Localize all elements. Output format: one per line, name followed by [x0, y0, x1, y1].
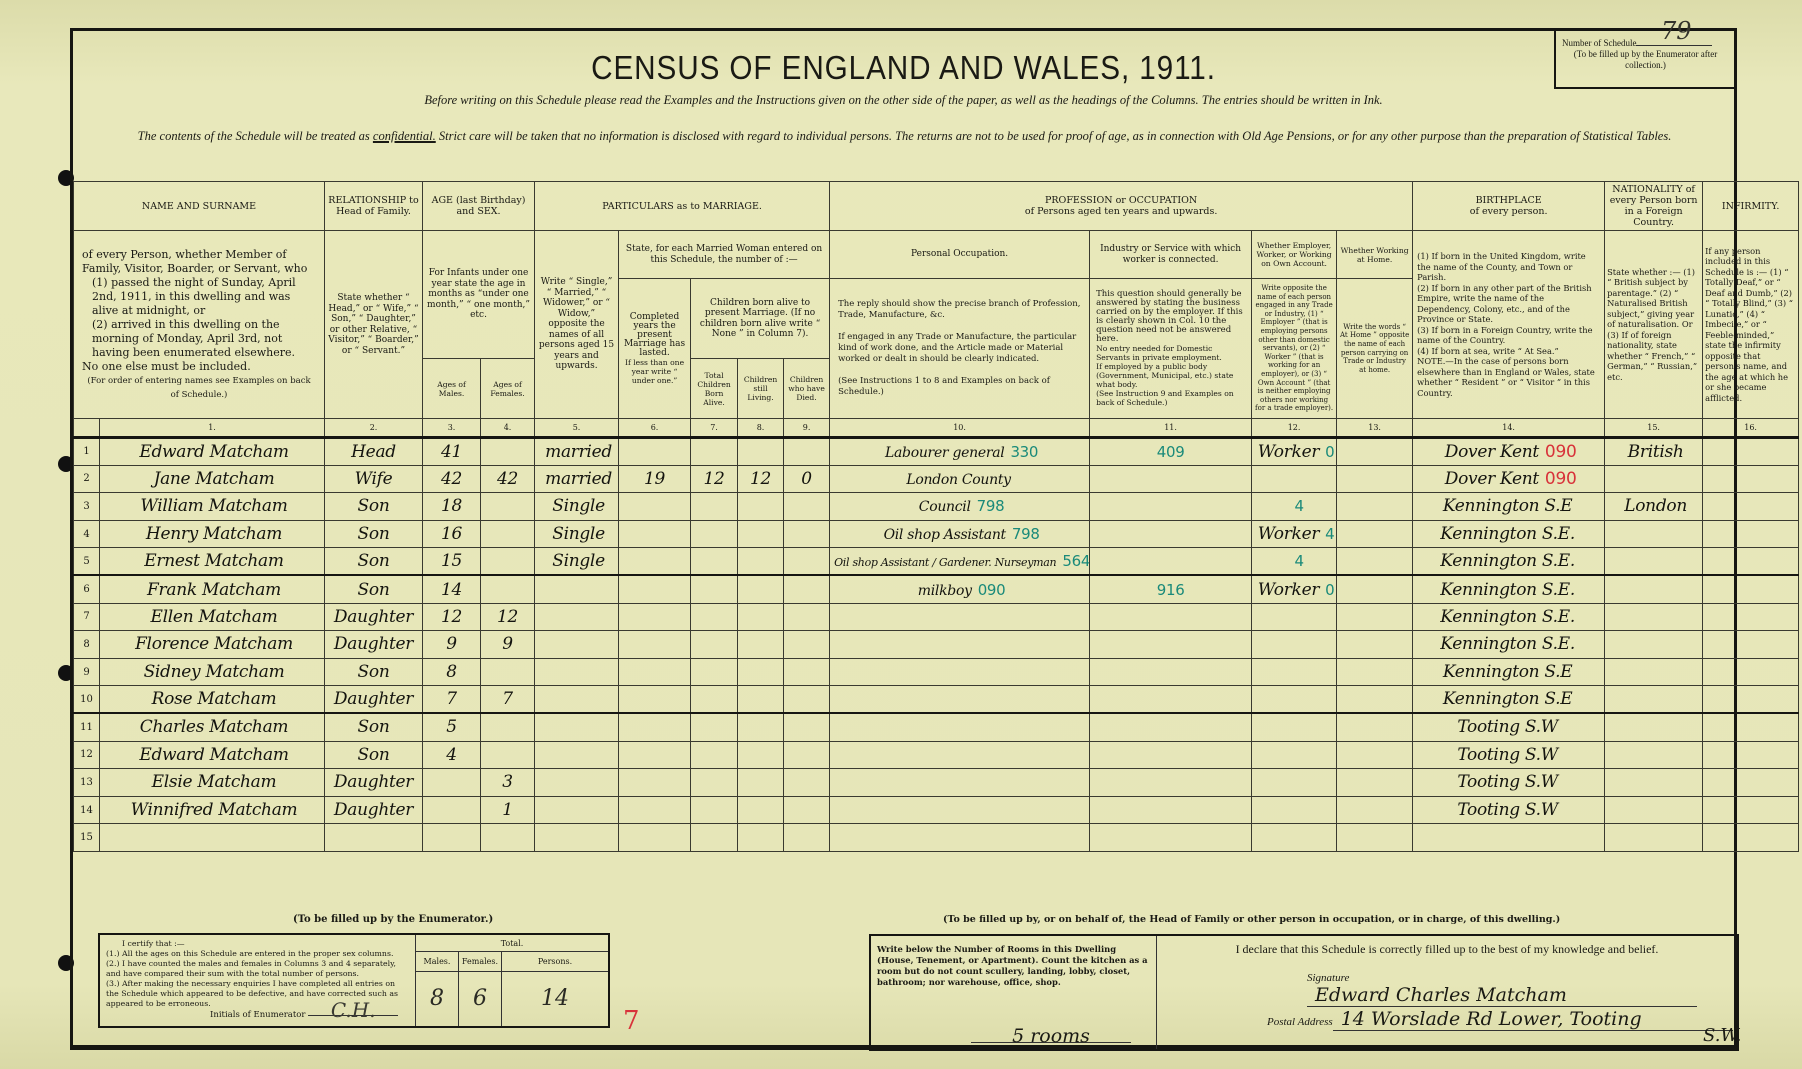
col-relationship-header: RELATIONSHIP to Head of Family. [325, 182, 423, 231]
marital-status [535, 741, 619, 769]
relationship [325, 824, 423, 852]
column-numbers: 1.2. 3.4. 5.6. 7.8. 9.10. 11.12. 13.14. … [74, 419, 1799, 438]
enumerator-certification: I certify that :— (1.) All the ages on t… [100, 935, 416, 1026]
relationship: Son [325, 741, 423, 769]
birthplace: Kennington S.E. [1413, 631, 1605, 659]
table-row: 13Elsie MatchamDaughter3Tooting S.W [74, 769, 1799, 797]
age-female: 7 [481, 686, 535, 714]
children-living [738, 520, 784, 548]
person-name [100, 824, 325, 852]
age-female [481, 713, 535, 741]
row-number: 13 [74, 769, 100, 797]
age-female: 3 [481, 769, 535, 797]
occupation [830, 796, 1090, 824]
table-row: 9Sidney MatchamSon8Kennington S.E [74, 658, 1799, 686]
relationship: Daughter [325, 796, 423, 824]
person-name: Charles Matcham [100, 713, 325, 741]
working-at-home [1337, 465, 1413, 493]
children-living [738, 658, 784, 686]
children-living [738, 713, 784, 741]
children-born [691, 658, 738, 686]
nationality-instructions: State whether :— (1) “ British subject b… [1605, 231, 1703, 419]
confidentiality-notice: The contents of the Schedule will be tre… [95, 126, 1714, 146]
age-male: 12 [423, 603, 481, 631]
row-number: 5 [74, 548, 100, 576]
marital-status [535, 796, 619, 824]
working-at-home [1337, 769, 1413, 797]
children-born [691, 824, 738, 852]
employment-status-code: 0 [1325, 443, 1334, 461]
signature: Edward Charles Matcham [1307, 984, 1697, 1007]
occupation-code: 564 [1062, 552, 1089, 570]
household-table: NAME AND SURNAME RELATIONSHIP to Head of… [73, 181, 1799, 852]
enumerator-totals: Total. Males. Females. Persons. 8 6 14 [416, 935, 608, 1026]
infirmity-instructions: If any person included in this Schedule … [1703, 231, 1799, 419]
children-instructions: Children born alive to present Marriage.… [691, 279, 830, 359]
industry [1090, 658, 1252, 686]
age-female: 1 [481, 796, 535, 824]
marital-status: Single [535, 548, 619, 576]
birthplace: Kennington S.E. [1413, 520, 1605, 548]
marital-status [535, 769, 619, 797]
children-living [738, 741, 784, 769]
person-name: Jane Matcham [100, 465, 325, 493]
col-nationality-header: NATIONALITY of every Person born in a Fo… [1605, 182, 1703, 231]
table-row: 3William MatchamSon18SingleCouncil7984Ke… [74, 493, 1799, 521]
children-living [738, 686, 784, 714]
home-header: Whether Working at Home. [1337, 231, 1413, 279]
industry [1090, 686, 1252, 714]
birthplace: Kennington S.E. [1413, 575, 1605, 603]
age-male [423, 796, 481, 824]
birthplace: Kennington S.E. [1413, 548, 1605, 576]
relationship: Son [325, 658, 423, 686]
census-schedule: CENSUS OF ENGLAND AND WALES, 1911. Befor… [70, 28, 1737, 1050]
relationship: Son [325, 493, 423, 521]
age-male: 8 [423, 658, 481, 686]
children-living [738, 796, 784, 824]
occupation [830, 603, 1090, 631]
employer-header: Whether Employer, Worker, or Working on … [1252, 231, 1337, 279]
children-born [691, 493, 738, 521]
age-female: 12 [481, 603, 535, 631]
marital-status [535, 713, 619, 741]
marital-status [535, 686, 619, 714]
birthplace: Kennington S.E [1413, 493, 1605, 521]
infirmity [1703, 631, 1799, 659]
table-row: 14Winnifred MatchamDaughter1Tooting S.W [74, 796, 1799, 824]
employment-status-code: 4 [1294, 497, 1303, 515]
age-female [481, 575, 535, 603]
nationality [1605, 631, 1703, 659]
birthplace: Tooting S.W [1413, 769, 1605, 797]
children-born [691, 686, 738, 714]
birthplace-instructions: (1) If born in the United Kingdom, write… [1413, 231, 1605, 419]
relationship: Daughter [325, 603, 423, 631]
age-male: 15 [423, 548, 481, 576]
occupation-code: 090 [978, 581, 1006, 599]
industry-instructions: This question should generally be answer… [1090, 279, 1252, 419]
person-name: Sidney Matcham [100, 658, 325, 686]
occupation: Labourer general330 [830, 438, 1090, 466]
employment-status [1252, 603, 1337, 631]
industry-header: Industry or Service with which worker is… [1090, 231, 1252, 279]
enumerator-box: I certify that :— (1.) All the ages on t… [98, 933, 610, 1028]
infirmity [1703, 741, 1799, 769]
occupation-code: 330 [1010, 443, 1038, 461]
birthplace: Kennington S.E [1413, 686, 1605, 714]
nationality [1605, 465, 1703, 493]
table-row: 5Ernest MatchamSon15SingleOil shop Assis… [74, 548, 1799, 576]
working-at-home [1337, 824, 1413, 852]
table-row: 1Edward MatchamHead41marriedLabourer gen… [74, 438, 1799, 466]
age-male: 7 [423, 686, 481, 714]
table-row: 10Rose MatchamDaughter77Kennington S.E [74, 686, 1799, 714]
children-living [738, 438, 784, 466]
employment-status: 4 [1252, 548, 1337, 576]
table-row: 6Frank MatchamSon14milkboy090916Worker0K… [74, 575, 1799, 603]
row-number: 9 [74, 658, 100, 686]
employment-status [1252, 465, 1337, 493]
children-died [784, 575, 830, 603]
row-number: 15 [74, 824, 100, 852]
person-name: Florence Matcham [100, 631, 325, 659]
marriage-years [619, 438, 691, 466]
row-number: 2 [74, 465, 100, 493]
total-born-header: Total Children Born Alive. [691, 359, 738, 419]
age-female [481, 493, 535, 521]
nationality [1605, 658, 1703, 686]
person-name: Ellen Matcham [100, 603, 325, 631]
table-row: 15 [74, 824, 1799, 852]
relationship: Head [325, 438, 423, 466]
marriage-years [619, 631, 691, 659]
row-number: 3 [74, 493, 100, 521]
person-name: Ernest Matcham [100, 548, 325, 576]
nationality: British [1605, 438, 1703, 466]
industry: 916 [1090, 575, 1252, 603]
relationship-instructions: State whether “ Head,” or “ Wife,” “ Son… [325, 231, 423, 419]
table-row: 8Florence MatchamDaughter99Kennington S.… [74, 631, 1799, 659]
person-name: William Matcham [100, 493, 325, 521]
birthplace: Kennington S.E [1413, 658, 1605, 686]
children-born [691, 548, 738, 576]
schedule-number: 79 [1661, 26, 1692, 37]
industry [1090, 769, 1252, 797]
children-born [691, 575, 738, 603]
birthplace: Tooting S.W [1413, 796, 1605, 824]
total-persons: 14 [502, 972, 608, 1026]
row-number: 7 [74, 603, 100, 631]
occupation-code: 798 [1012, 525, 1040, 543]
occupation: milkboy090 [830, 575, 1090, 603]
age-female [481, 520, 535, 548]
age-male: 41 [423, 438, 481, 466]
marital-status: married [535, 465, 619, 493]
birthplace: Kennington S.E. [1413, 603, 1605, 631]
children-died [784, 741, 830, 769]
marital-status [535, 631, 619, 659]
age-male: 4 [423, 741, 481, 769]
working-at-home [1337, 603, 1413, 631]
marriage-years [619, 548, 691, 576]
children-living [738, 824, 784, 852]
children-died [784, 548, 830, 576]
infirmity [1703, 465, 1799, 493]
employment-status-code: 0 [1325, 581, 1334, 599]
marital-status [535, 658, 619, 686]
age-female [481, 548, 535, 576]
working-at-home [1337, 548, 1413, 576]
postal-address: 14 Worslade Rd Lower, Tooting [1333, 1008, 1733, 1031]
row-number: 8 [74, 631, 100, 659]
occupation [830, 769, 1090, 797]
working-at-home [1337, 575, 1413, 603]
marriage-years [619, 824, 691, 852]
employer-instructions: Write opposite the name of each person e… [1252, 279, 1337, 419]
infirmity [1703, 713, 1799, 741]
employment-status-code: 4 [1325, 525, 1334, 543]
col-name-header: NAME AND SURNAME [74, 182, 325, 231]
age-female [481, 438, 535, 466]
children-born [691, 741, 738, 769]
nationality [1605, 686, 1703, 714]
children-died [784, 658, 830, 686]
children-died [784, 493, 830, 521]
industry [1090, 603, 1252, 631]
industry [1090, 548, 1252, 576]
household-declaration-box: Write below the Number of Rooms in this … [869, 934, 1739, 1051]
married-woman-instructions: State, for each Married Woman entered on… [619, 231, 830, 279]
children-living [738, 631, 784, 659]
relationship: Son [325, 548, 423, 576]
industry [1090, 713, 1252, 741]
children-living-header: Children still Living. [738, 359, 784, 419]
person-name: Rose Matcham [100, 686, 325, 714]
children-living [738, 493, 784, 521]
infirmity [1703, 438, 1799, 466]
working-at-home [1337, 741, 1413, 769]
schedule-number-box: Number of Schedule 79 (To be filled up b… [1554, 28, 1737, 89]
infirmity [1703, 493, 1799, 521]
infirmity [1703, 603, 1799, 631]
children-died [784, 796, 830, 824]
marriage-years [619, 686, 691, 714]
occupation-code: 798 [977, 497, 1005, 515]
birthplace: Dover Kent090 [1413, 465, 1605, 493]
nationality [1605, 824, 1703, 852]
children-born: 12 [691, 465, 738, 493]
col-infirmity-header: INFIRMITY. [1703, 182, 1799, 231]
birthplace-code: 090 [1545, 442, 1577, 462]
children-born [691, 796, 738, 824]
children-died [784, 603, 830, 631]
working-at-home [1337, 520, 1413, 548]
industry [1090, 493, 1252, 521]
marriage-years [619, 575, 691, 603]
children-died-header: Children who have Died. [784, 359, 830, 419]
occupation [830, 631, 1090, 659]
occupation [830, 713, 1090, 741]
age-female: 9 [481, 631, 535, 659]
relationship: Son [325, 520, 423, 548]
employment-status [1252, 824, 1337, 852]
nationality [1605, 575, 1703, 603]
children-born [691, 520, 738, 548]
employment-status [1252, 686, 1337, 714]
age-instructions: For Infants under one year state the age… [423, 231, 535, 359]
row-number: 4 [74, 520, 100, 548]
red-check-mark: 7 [623, 1006, 640, 1036]
children-died [784, 713, 830, 741]
working-at-home [1337, 713, 1413, 741]
employment-status: 4 [1252, 493, 1337, 521]
infirmity [1703, 520, 1799, 548]
industry [1090, 465, 1252, 493]
marriage-years [619, 520, 691, 548]
working-at-home [1337, 796, 1413, 824]
enumerator-initials: C.H. [308, 1005, 398, 1016]
row-number: 10 [74, 686, 100, 714]
table-row: 11Charles MatchamSon5Tooting S.W [74, 713, 1799, 741]
marital-status: married [535, 438, 619, 466]
rooms-section: Write below the Number of Rooms in this … [871, 936, 1157, 1049]
relationship: Daughter [325, 769, 423, 797]
age-female [481, 741, 535, 769]
occupation [830, 686, 1090, 714]
occupation: Oil shop Assistant / Gardener. Nurseyman… [830, 548, 1090, 576]
employment-status [1252, 631, 1337, 659]
age-male: 42 [423, 465, 481, 493]
age-female [481, 824, 535, 852]
marriage-years [619, 658, 691, 686]
row-number: 14 [74, 796, 100, 824]
birthplace: Tooting S.W [1413, 741, 1605, 769]
relationship: Son [325, 575, 423, 603]
nationality [1605, 769, 1703, 797]
marital-status-instructions: Write “ Single,” “ Married,” “ Widower,”… [535, 231, 619, 419]
children-living [738, 603, 784, 631]
working-at-home [1337, 438, 1413, 466]
declaration-section: I declare that this Schedule is correctl… [1157, 936, 1737, 1049]
relationship: Wife [325, 465, 423, 493]
marital-status [535, 575, 619, 603]
infirmity [1703, 658, 1799, 686]
age-male: 5 [423, 713, 481, 741]
children-died [784, 824, 830, 852]
household-section-title: (To be filled up by, or on behalf of, th… [943, 914, 1560, 925]
children-born [691, 631, 738, 659]
address-continuation: S.W. [1703, 1025, 1742, 1046]
marriage-years [619, 713, 691, 741]
page-title: CENSUS OF ENGLAND AND WALES, 1911. [156, 49, 1651, 87]
relationship: Son [325, 713, 423, 741]
col-birthplace-header: BIRTHPLACEof every person. [1413, 182, 1605, 231]
age-male [423, 769, 481, 797]
working-at-home [1337, 493, 1413, 521]
occupation: Council798 [830, 493, 1090, 521]
children-living [738, 575, 784, 603]
age-male: 16 [423, 520, 481, 548]
rooms-count: 5 rooms [971, 1031, 1131, 1043]
total-males: 8 [416, 972, 459, 1026]
table-row: 12Edward MatchamSon4Tooting S.W [74, 741, 1799, 769]
employment-status [1252, 658, 1337, 686]
children-born [691, 438, 738, 466]
total-females: 6 [459, 972, 502, 1026]
relationship: Daughter [325, 686, 423, 714]
table-row: 7Ellen MatchamDaughter1212Kennington S.E… [74, 603, 1799, 631]
working-at-home [1337, 631, 1413, 659]
person-name: Edward Matcham [100, 741, 325, 769]
ages-males-header: Ages of Males. [423, 359, 481, 419]
marriage-years [619, 741, 691, 769]
industry [1090, 520, 1252, 548]
industry [1090, 631, 1252, 659]
name-instructions: of every Person, whether Member of Famil… [74, 231, 325, 419]
employment-status: Worker0 [1252, 438, 1337, 466]
infirmity [1703, 686, 1799, 714]
children-died [784, 686, 830, 714]
personal-occupation-instructions: The reply should show the precise branch… [830, 279, 1090, 419]
person-name: Winnifred Matcham [100, 796, 325, 824]
infirmity [1703, 548, 1799, 576]
children-living [738, 769, 784, 797]
nationality [1605, 603, 1703, 631]
employment-status: Worker4 [1252, 520, 1337, 548]
infirmity [1703, 769, 1799, 797]
nationality [1605, 713, 1703, 741]
infirmity [1703, 575, 1799, 603]
age-male: 9 [423, 631, 481, 659]
relationship: Daughter [325, 631, 423, 659]
nationality [1605, 741, 1703, 769]
infirmity [1703, 824, 1799, 852]
occupation: Oil shop Assistant798 [830, 520, 1090, 548]
children-born [691, 769, 738, 797]
birthplace: Dover Kent090 [1413, 438, 1605, 466]
industry [1090, 824, 1252, 852]
marriage-years [619, 603, 691, 631]
marital-status: Single [535, 493, 619, 521]
children-died: 0 [784, 465, 830, 493]
nationality [1605, 548, 1703, 576]
children-died [784, 631, 830, 659]
age-male [423, 824, 481, 852]
row-number: 11 [74, 713, 100, 741]
marriage-years: 19 [619, 465, 691, 493]
occupation [830, 824, 1090, 852]
row-number: 12 [74, 741, 100, 769]
marriage-years [619, 493, 691, 521]
person-name: Elsie Matcham [100, 769, 325, 797]
infirmity [1703, 796, 1799, 824]
birthplace: Tooting S.W [1413, 713, 1605, 741]
marriage-years [619, 769, 691, 797]
birthplace-code: 090 [1545, 469, 1577, 489]
children-died [784, 769, 830, 797]
industry [1090, 796, 1252, 824]
occupation [830, 741, 1090, 769]
person-name: Henry Matcham [100, 520, 325, 548]
industry [1090, 741, 1252, 769]
children-living: 12 [738, 465, 784, 493]
col-age-header: AGE (last Birthday) and SEX. [423, 182, 535, 231]
employment-status [1252, 796, 1337, 824]
working-at-home [1337, 658, 1413, 686]
col-occupation-header: PROFESSION or OCCUPATIONof Persons aged … [830, 182, 1413, 231]
enumerator-section-title: (To be filled up by the Enumerator.) [293, 914, 493, 925]
